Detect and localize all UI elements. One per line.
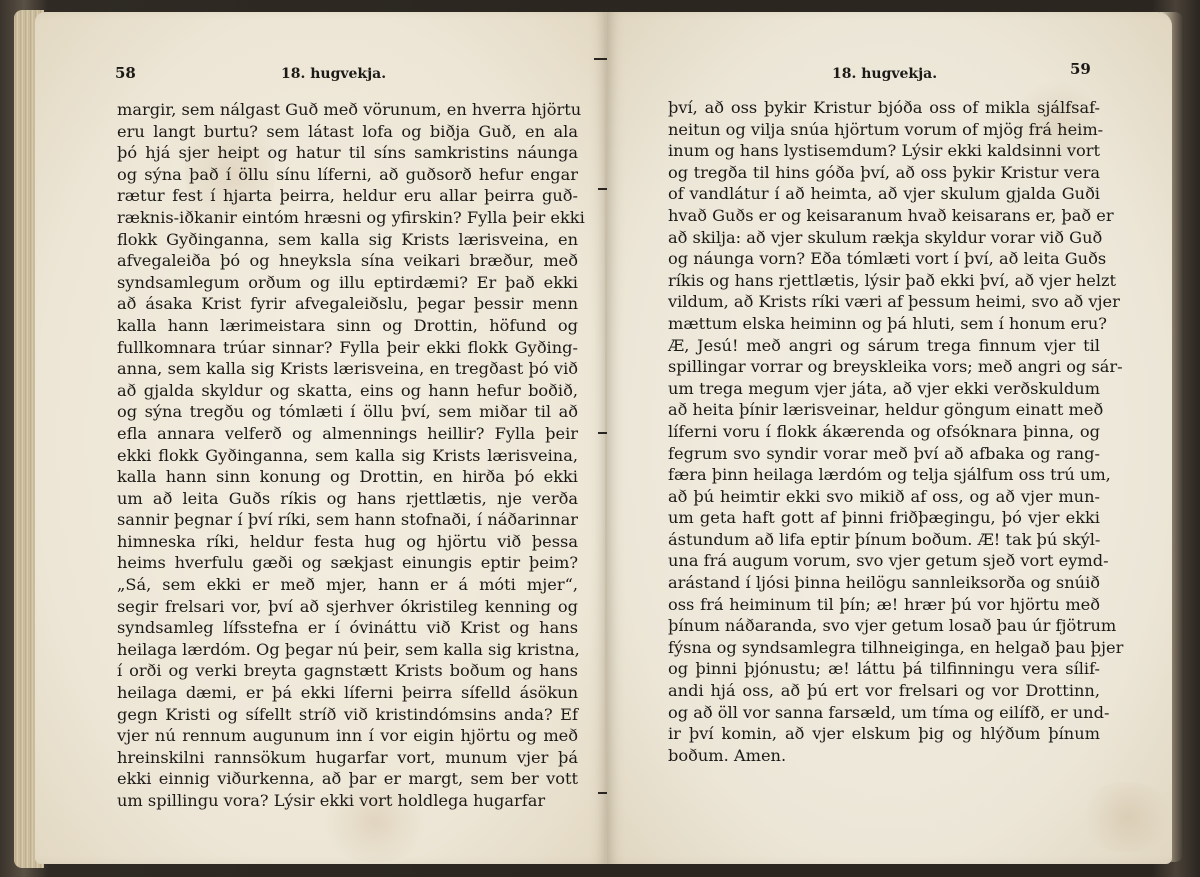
running-header-left: 18. hugvekja. [281, 66, 386, 82]
right-page: 18. hugvekja. 59 því, að oss þykir Krist… [607, 12, 1172, 864]
text-line: því, að oss þykir Kristur bjóða oss of m… [668, 97, 1100, 119]
page-number-right: 59 [1070, 60, 1091, 78]
text-line: ekki flokk Gyðinganna, sem kalla sig Kri… [117, 445, 578, 467]
running-header-right: 18. hugvekja. [832, 66, 937, 82]
text-line: vjer nú rennum augunum inn í vor eigin h… [117, 725, 578, 747]
text-line: anna, sem kalla sig Krists lærisveina, e… [117, 358, 578, 380]
text-line: mættum elska heiminn og þá hluti, sem í … [668, 313, 1100, 335]
text-line: fýsna og syndsamlegra tilhneiginga, en h… [668, 637, 1100, 659]
text-line: líferni voru í flokk ákærenda og ofsókna… [668, 421, 1100, 443]
text-line: ræknis-iðkanir eintóm hræsni og yfirskin… [117, 207, 578, 229]
text-line: boðum. Amen. [668, 745, 1100, 767]
text-line: gegn Kristi og sífellt stríð við kristin… [117, 704, 578, 726]
text-line: himneska ríki, heldur festa hug og hjört… [117, 531, 578, 553]
text-line: að heita þínir lærisveinar, heldur göngu… [668, 399, 1100, 421]
text-line: hvað Guðs er og keisaranum hvað keisaran… [668, 205, 1100, 227]
text-line: spillingar vorrar og breyskleika vors; m… [668, 356, 1100, 378]
text-line: fegrum svo syndir vorar með því að afbak… [668, 443, 1100, 465]
text-line: flokk Gyðinganna, sem kalla sig Krists l… [117, 229, 578, 251]
text-line: ástundum að lifa eptir þínum boðum. Æ! t… [668, 529, 1100, 551]
text-line: kalla hann sinn konung og Drottin, en hi… [117, 466, 578, 488]
text-line: þó hjá sjer heipt og hatur til síns samk… [117, 142, 578, 164]
text-line: fullkomnara trúar sinnar? Fylla þeir ekk… [117, 337, 578, 359]
text-line: hreinskilni rannsökum hugarfar vort, mun… [117, 747, 578, 769]
text-line: og þinni þjónustu; æ! láttu þá tilfinnin… [668, 658, 1100, 680]
text-line: „Sá, sem ekki er með mjer, hann er á mót… [117, 574, 578, 596]
text-line: ekki einnig viðurkenna, að þar er margt,… [117, 768, 578, 790]
text-line: sannir þegnar í því ríki, sem hann stofn… [117, 509, 578, 531]
text-line: um geta haft gott af þinni friðþægingu, … [668, 507, 1100, 529]
page-number-left: 58 [115, 64, 136, 82]
text-line: um spillingu vora? Lýsir ekki vort holdl… [117, 790, 578, 812]
text-line: heims hverfulu gæði og sækjast einungis … [117, 552, 578, 574]
text-line: syndsamleg lífsstefna er í óvináttu við … [117, 617, 578, 639]
text-line: una frá augum vorum, svo vjer getum sjeð… [668, 550, 1100, 572]
text-line: og að öll vor sanna farsæld, um tíma og … [668, 702, 1100, 724]
text-line: ríkis og hans rjettlætis, lýsir það ekki… [668, 270, 1100, 292]
text-line: að gjalda skyldur og skatta, eins og han… [117, 380, 578, 402]
text-line: vildum, að Krists ríki væri af þessum he… [668, 291, 1100, 313]
text-line: inum og hans lystisemdum? Lýsir ekki kal… [668, 140, 1100, 162]
text-line: og náunga vorn? Eða tómlæti vort í því, … [668, 248, 1100, 270]
open-book: 58 18. hugvekja. margir, sem nálgast Guð… [0, 0, 1200, 877]
text-line: efla annara velferð og almennings heilli… [117, 423, 578, 445]
text-line: rætur fest í hjarta þeirra, heldur eru a… [117, 185, 578, 207]
text-line: færa þinn heilaga lærdóm og telja sjálfu… [668, 464, 1100, 486]
text-line: oss frá heiminum til þín; æ! hrær þú vor… [668, 594, 1100, 616]
text-line: um trega megum vjer játa, að vjer ekki v… [668, 378, 1100, 400]
right-page-body-text: því, að oss þykir Kristur bjóða oss of m… [668, 97, 1100, 766]
left-page: 58 18. hugvekja. margir, sem nálgast Guð… [35, 12, 607, 864]
text-line: og tregða til hins góða því, að oss þyki… [668, 162, 1100, 184]
text-line: neitun og vilja snúa hjörtum vorum of mj… [668, 119, 1100, 141]
left-page-body-text: margir, sem nálgast Guð með vörunum, en … [117, 99, 578, 812]
text-line: um að leita Guðs ríkis og hans rjettlæti… [117, 488, 578, 510]
text-line: heilaga dæmi, er þá ekki líferni þeirra … [117, 682, 578, 704]
text-line: að þú heimtir ekki svo mikið af oss, og … [668, 486, 1100, 508]
text-line: andi hjá oss, að þú ert vor frelsari og … [668, 680, 1100, 702]
text-line: margir, sem nálgast Guð með vörunum, en … [117, 99, 578, 121]
text-line: arástand í ljósi þinna heilögu sannleiks… [668, 572, 1100, 594]
text-line: eru langt burtu? sem látast lofa og biðj… [117, 121, 578, 143]
text-line: segir frelsari vor, því að sjerhver ókri… [117, 596, 578, 618]
text-line: kalla hann lærimeistara sinn og Drottin,… [117, 315, 578, 337]
text-line: Æ, Jesú! með angri og sárum trega finnum… [668, 335, 1100, 357]
text-line: syndsamlegum orðum og illu eptirdæmi? Er… [117, 272, 578, 294]
text-line: að skilja: að vjer skulum rækja skyldur … [668, 227, 1100, 249]
text-line: þínum náðaranda, svo vjer getum losað þa… [668, 615, 1100, 637]
text-line: ir því komin, að vjer elskum þig og hlýð… [668, 723, 1100, 745]
text-line: og sýna tregðu og tómlæti í öllu því, se… [117, 401, 578, 423]
text-line: í orði og verki breyta gagnstætt Krists … [117, 660, 578, 682]
text-line: að ásaka Krist fyrir afvegaleiðslu, þega… [117, 293, 578, 315]
text-line: og sýna það í öllu sínu líferni, að guðs… [117, 164, 578, 186]
text-line: afvegaleiða þó og hneyksla sína veikari … [117, 250, 578, 272]
text-line: of vandlátur í að heimta, að vjer skulum… [668, 183, 1100, 205]
text-line: heilaga lærdóm. Og þegar nú þeir, sem ka… [117, 639, 578, 661]
